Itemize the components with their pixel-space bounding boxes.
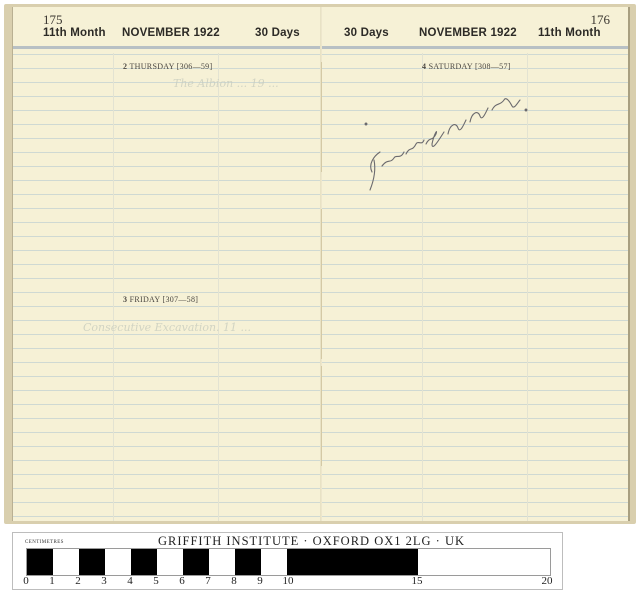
- scale-segment-0-1: [27, 549, 53, 575]
- page-title: NOVEMBER 1922: [122, 27, 220, 39]
- tick-label: 10: [283, 575, 294, 587]
- tick-label: 0: [23, 575, 29, 587]
- header-rule: [13, 46, 321, 49]
- margin-line: [218, 53, 219, 521]
- diary-spread: 175 11th Month NOVEMBER 1922 30 Days 2 T…: [4, 4, 636, 524]
- day-count: [306—59]: [177, 62, 213, 71]
- right-page: 176 30 Days NOVEMBER 1922 11th Month 4 S…: [322, 7, 630, 521]
- day-count: [307—58]: [163, 295, 199, 304]
- pencil-handwriting: [360, 94, 530, 194]
- tick-label: 8: [231, 575, 237, 587]
- month-label: 11th Month: [538, 27, 601, 39]
- tick-label: 4: [127, 575, 133, 587]
- day-number: 2: [123, 62, 127, 71]
- tick-label: 7: [205, 575, 211, 587]
- day-header-friday: 3 FRIDAY [307—58]: [123, 295, 198, 304]
- day-name: THURSDAY: [129, 62, 174, 71]
- faint-handwriting: Consecutive Excavation. 11 ...: [83, 321, 251, 334]
- scale-bar: CENTIMETRES GRIFFITH INSTITUTE · OXFORD …: [12, 532, 563, 590]
- institution-label: GRIFFITH INSTITUTE · OXFORD OX1 2LG · UK: [158, 534, 465, 549]
- day-name: SATURDAY: [429, 62, 473, 71]
- days-label: 30 Days: [255, 27, 300, 39]
- day-name: FRIDAY: [130, 295, 161, 304]
- page-number: 176: [591, 12, 611, 28]
- day-header-thursday: 2 THURSDAY [306—59]: [123, 62, 212, 71]
- tick-label: 2: [75, 575, 81, 587]
- scale-segment-8-9: [235, 549, 261, 575]
- header-rule: [322, 46, 628, 49]
- tick-label: 3: [101, 575, 107, 587]
- scale-segment-6-7: [183, 549, 209, 575]
- tick-label: 1: [49, 575, 55, 587]
- month-label: 11th Month: [43, 27, 106, 39]
- left-page: 175 11th Month NOVEMBER 1922 30 Days 2 T…: [12, 7, 321, 521]
- page-title: NOVEMBER 1922: [419, 27, 517, 39]
- faint-handwriting: The Albion ... 19 ...: [173, 77, 279, 90]
- page-number: 175: [43, 12, 63, 28]
- tick-label: 15: [412, 575, 423, 587]
- tick-label: 9: [257, 575, 263, 587]
- scale-segment-2-3: [79, 549, 105, 575]
- day-header-saturday: 4 SATURDAY [308—57]: [422, 62, 511, 71]
- unit-label: CENTIMETRES: [25, 540, 64, 545]
- day-count: [308—57]: [475, 62, 511, 71]
- tick-label: 5: [153, 575, 159, 587]
- day-number: 3: [123, 295, 127, 304]
- tick-label: 20: [542, 575, 553, 587]
- scale-segment-10-15: [287, 549, 418, 575]
- days-label: 30 Days: [344, 27, 389, 39]
- day-number: 4: [422, 62, 426, 71]
- scale-bars: [26, 548, 551, 576]
- tick-label: 6: [179, 575, 185, 587]
- scale-segment-4-5: [131, 549, 157, 575]
- margin-line: [113, 53, 114, 521]
